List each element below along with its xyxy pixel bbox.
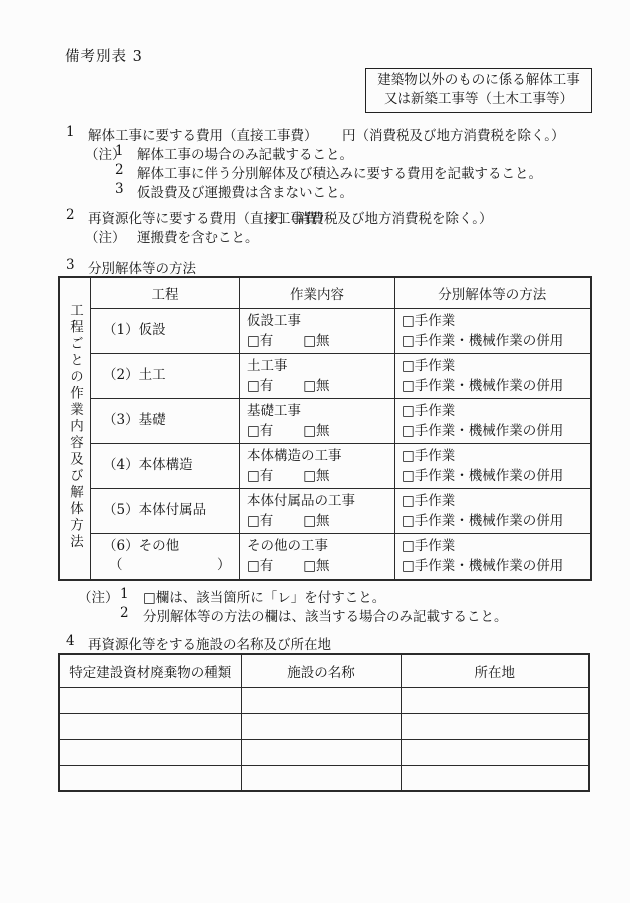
column-header-waste-type: 特定建設資材廃棄物の種類 [59, 654, 241, 687]
checkbox-none[interactable]: □無 [303, 333, 329, 349]
note-text: 解体工事の場合のみ記載すること。 [137, 143, 353, 163]
checkbox-none[interactable]: □無 [303, 558, 329, 574]
waste-type-input-cell[interactable] [59, 713, 241, 739]
note-number: 1 [120, 586, 129, 602]
table-row [59, 739, 589, 765]
work-type-label-box: 建築物以外のものに係る解体工事 又は新築工事等（土木工事等） [365, 68, 592, 113]
work-presence-options: □有□無 [247, 331, 388, 351]
waste-type-input-cell[interactable] [59, 765, 241, 791]
table-row: （1）仮設 仮設工事 □有□無 □手作業 □手作業・機械作業の併用 [59, 308, 591, 353]
section-heading: 解体工事に要する費用（直接工事費） [88, 124, 318, 144]
checkbox-none[interactable]: □無 [303, 513, 329, 529]
note-text: 運搬費を含むこと。 [137, 226, 259, 246]
work-type-line-1: 建築物以外のものに係る解体工事 [368, 71, 589, 90]
work-presence-options: □有□無 [247, 556, 388, 576]
waste-type-input-cell[interactable] [59, 739, 241, 765]
column-header-work-content: 作業内容 [240, 277, 395, 308]
table-row: （5）本体付属品 本体付属品の工事 □有□無 □手作業 □手作業・機械作業の併用 [59, 488, 591, 533]
method-option-manual[interactable]: □手作業 [402, 446, 584, 466]
method-option-combined[interactable]: □手作業・機械作業の併用 [402, 331, 584, 351]
method-option-manual[interactable]: □手作業 [402, 311, 584, 331]
process-group-side-label-cell: 工程ごとの作業内容及び解体方法 [59, 277, 91, 580]
work-name: その他の工事 [247, 536, 388, 556]
method-cell: □手作業 □手作業・機械作業の併用 [395, 443, 591, 488]
method-cell: □手作業 □手作業・機械作業の併用 [395, 533, 591, 580]
unit-note: 円（消費税及び地方消費税を除く。） [342, 124, 564, 144]
work-content-cell: 土工事 □有□無 [240, 353, 395, 398]
process-cell: （1）仮設 [91, 308, 240, 353]
column-header-location: 所在地 [401, 654, 589, 687]
column-header-process: 工程 [91, 277, 240, 308]
note-label: （注） [85, 226, 126, 246]
section-number: 4 [66, 633, 75, 649]
checkbox-has[interactable]: □有 [247, 513, 273, 529]
page-title: 備考別表 3 [65, 45, 143, 66]
checkbox-none[interactable]: □無 [303, 378, 329, 394]
section-4-heading-line: 4 再資源化等をする施設の名称及び所在地 [0, 633, 630, 651]
work-content-cell: その他の工事 □有□無 [240, 533, 395, 580]
method-option-combined[interactable]: □手作業・機械作業の併用 [402, 511, 584, 531]
method-option-manual[interactable]: □手作業 [402, 356, 584, 376]
column-header-facility-name: 施設の名称 [241, 654, 401, 687]
note-text: 解体工事に伴う分別解体及び積込みに要する費用を記載すること。 [137, 162, 542, 182]
work-content-cell: 本体構造の工事 □有□無 [240, 443, 395, 488]
process-cell: （3）基礎 [91, 398, 240, 443]
work-type-line-2: 又は新築工事等（土木工事等） [368, 90, 589, 109]
unit-note: 円（消費税及び地方消費税を除く。） [270, 207, 492, 227]
method-option-manual[interactable]: □手作業 [402, 401, 584, 421]
note-text: 分別解体等の方法の欄は、該当する場合のみ記載すること。 [143, 605, 508, 625]
section-1-heading-line: 1 解体工事に要する費用（直接工事費） 円（消費税及び地方消費税を除く。） [0, 124, 630, 142]
checkbox-has[interactable]: □有 [247, 423, 273, 439]
note-number: 1 [115, 143, 124, 159]
note-number: 2 [120, 605, 129, 621]
note-number: 3 [115, 181, 124, 197]
location-input-cell[interactable] [401, 739, 589, 765]
location-input-cell[interactable] [401, 687, 589, 713]
section-1-note-1: （注） 1 解体工事の場合のみ記載すること。 [0, 143, 630, 161]
work-name: 基礎工事 [247, 401, 388, 421]
work-content-cell: 本体付属品の工事 □有□無 [240, 488, 395, 533]
section-number: 1 [66, 124, 75, 140]
checkbox-has[interactable]: □有 [247, 378, 273, 394]
checkbox-has[interactable]: □有 [247, 468, 273, 484]
method-option-combined[interactable]: □手作業・機械作業の併用 [402, 421, 584, 441]
checkbox-has[interactable]: □有 [247, 558, 273, 574]
facility-name-input-cell[interactable] [241, 713, 401, 739]
facility-name-input-cell[interactable] [241, 739, 401, 765]
column-header-method: 分別解体等の方法 [395, 277, 591, 308]
work-presence-options: □有□無 [247, 376, 388, 396]
work-name: 本体付属品の工事 [247, 491, 388, 511]
facility-name-input-cell[interactable] [241, 687, 401, 713]
work-content-cell: 仮設工事 □有□無 [240, 308, 395, 353]
work-name: 仮設工事 [247, 311, 388, 331]
table-row [59, 687, 589, 713]
section-1-note-2: 2 解体工事に伴う分別解体及び積込みに要する費用を記載すること。 [0, 162, 630, 180]
work-presence-options: □有□無 [247, 466, 388, 486]
method-cell: □手作業 □手作業・機械作業の併用 [395, 488, 591, 533]
method-option-combined[interactable]: □手作業・機械作業の併用 [402, 466, 584, 486]
section-heading: 分別解体等の方法 [88, 257, 196, 277]
document-page: 備考別表 3 建築物以外のものに係る解体工事 又は新築工事等（土木工事等） 1 … [0, 0, 630, 903]
checkbox-has[interactable]: □有 [247, 333, 273, 349]
table-row [59, 765, 589, 791]
waste-type-input-cell[interactable] [59, 687, 241, 713]
process-group-side-label: 工程ごとの作業内容及び解体方法 [60, 303, 90, 551]
separation-method-table: 工程ごとの作業内容及び解体方法 工程 作業内容 分別解体等の方法 （1）仮設 仮… [58, 276, 592, 581]
table-row: （6）その他 （ ） その他の工事 □有□無 □手作業 □手作業・機械作業の併用 [59, 533, 591, 580]
section-2-heading-line: 2 再資源化等に要する費用（直接工事費） 円（消費税及び地方消費税を除く。） [0, 207, 630, 225]
section-number: 2 [66, 207, 75, 223]
method-cell: □手作業 □手作業・機械作業の併用 [395, 398, 591, 443]
method-option-manual[interactable]: □手作業 [402, 491, 584, 511]
process-cell: （6）その他 （ ） [91, 533, 240, 580]
method-cell: □手作業 □手作業・機械作業の併用 [395, 353, 591, 398]
checkbox-none[interactable]: □無 [303, 468, 329, 484]
table-row: （4）本体構造 本体構造の工事 □有□無 □手作業 □手作業・機械作業の併用 [59, 443, 591, 488]
work-presence-options: □有□無 [247, 421, 388, 441]
checkbox-none[interactable]: □無 [303, 423, 329, 439]
work-name: 本体構造の工事 [247, 446, 388, 466]
facility-name-input-cell[interactable] [241, 765, 401, 791]
section-heading: 再資源化等をする施設の名称及び所在地 [88, 633, 331, 653]
process-name: （6）その他 [103, 537, 239, 556]
section-3-heading-line: 3 分別解体等の方法 [0, 257, 630, 275]
process-cell: （2）土工 [91, 353, 240, 398]
method-option-combined[interactable]: □手作業・機械作業の併用 [402, 556, 584, 576]
recycling-facility-table: 特定建設資材廃棄物の種類 施設の名称 所在地 [58, 653, 590, 792]
table-note-1: （注） 1 □欄は、該当箇所に「レ」を付すこと。 [0, 586, 630, 604]
process-other-blank[interactable]: （ ） [103, 556, 239, 575]
note-number: 2 [115, 162, 124, 178]
method-cell: □手作業 □手作業・機械作業の併用 [395, 308, 591, 353]
note-text: 仮設費及び運搬費は含まないこと。 [137, 181, 353, 201]
section-number: 3 [66, 257, 75, 273]
table-row: （3）基礎 基礎工事 □有□無 □手作業 □手作業・機械作業の併用 [59, 398, 591, 443]
work-presence-options: □有□無 [247, 511, 388, 531]
section-1-note-3: 3 仮設費及び運搬費は含まないこと。 [0, 181, 630, 199]
location-input-cell[interactable] [401, 713, 589, 739]
section-2-note: （注） 運搬費を含むこと。 [0, 226, 630, 244]
process-cell: （4）本体構造 [91, 443, 240, 488]
method-option-manual[interactable]: □手作業 [402, 536, 584, 556]
table-note-2: 2 分別解体等の方法の欄は、該当する場合のみ記載すること。 [0, 605, 630, 623]
note-text: □欄は、該当箇所に「レ」を付すこと。 [143, 586, 385, 606]
table-row [59, 713, 589, 739]
table-row: （2）土工 土工事 □有□無 □手作業 □手作業・機械作業の併用 [59, 353, 591, 398]
note-label: （注） [78, 586, 119, 606]
work-content-cell: 基礎工事 □有□無 [240, 398, 395, 443]
method-option-combined[interactable]: □手作業・機械作業の併用 [402, 376, 584, 396]
location-input-cell[interactable] [401, 765, 589, 791]
work-name: 土工事 [247, 356, 388, 376]
process-cell: （5）本体付属品 [91, 488, 240, 533]
